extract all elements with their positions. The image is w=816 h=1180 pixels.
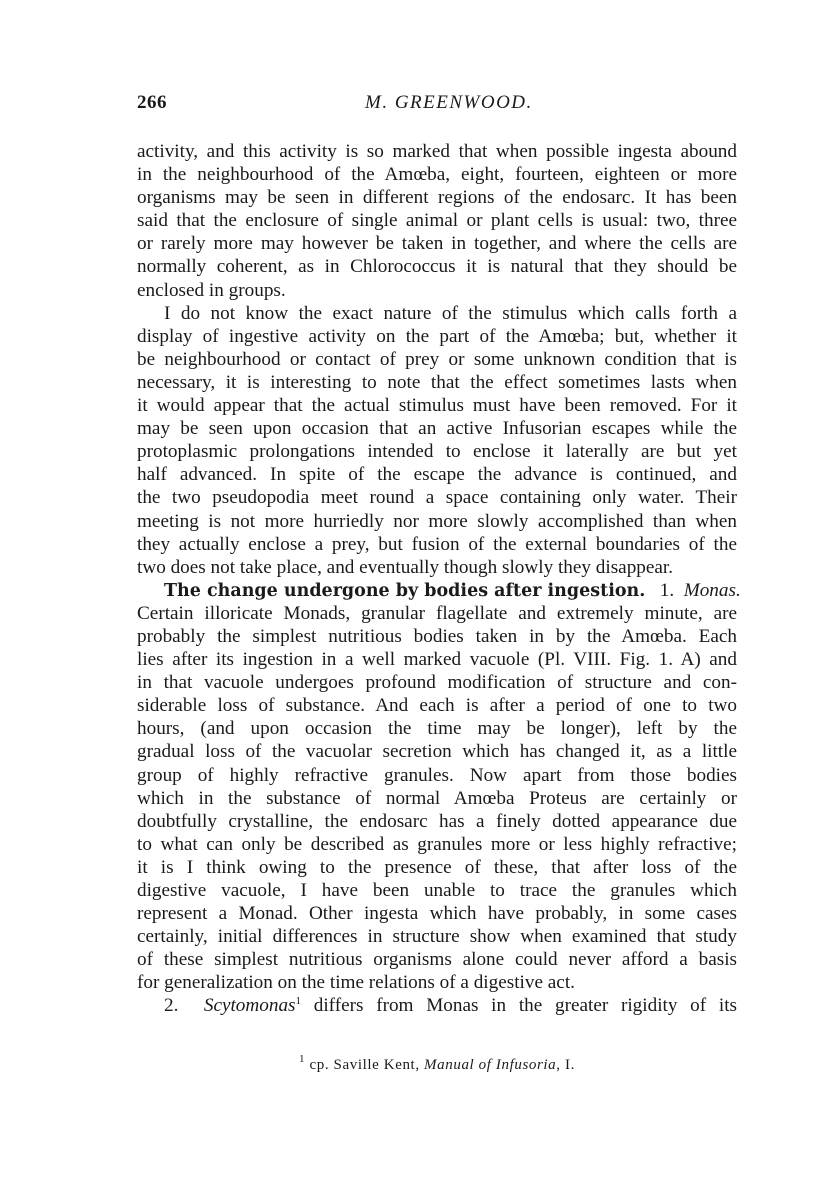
paragraph-1: activity, and this activity is so marked…: [137, 140, 737, 302]
section-heading: The change undergone by bodies after ing…: [164, 581, 645, 601]
text-line: activity, and this activity is so marked…: [137, 140, 737, 163]
text-line: said that the enclosure of single animal…: [137, 209, 737, 232]
paragraph-3: The change undergone by bodies after ing…: [137, 579, 737, 995]
text-line: normally coherent, as in Chlorococcus it…: [137, 255, 737, 278]
footnote: 1 cp. Saville Kent, Manual of Infusoria,…: [137, 1057, 737, 1074]
text-line: necessary, it is interesting to note tha…: [137, 371, 737, 394]
footnote-suffix: , I.: [556, 1057, 575, 1073]
text-line: organisms may be seen in different regio…: [137, 186, 737, 209]
text-line: gradual loss of the vacuolar secretion w…: [137, 740, 737, 763]
text-line: hours, (and upon occasion the time may b…: [137, 717, 737, 740]
text-line: represent a Monad. Other ingesta which h…: [137, 902, 737, 925]
text-line: for generalization on the time relations…: [137, 971, 737, 994]
text-line: of these simplest nutritious organisms a…: [137, 948, 737, 971]
text-line: which in the substance of normal Amœba P…: [137, 787, 737, 810]
text-line: probably the simplest nutritious bodies …: [137, 625, 737, 648]
text-line: certainly, initial differences in struct…: [137, 925, 737, 948]
paragraph-2: I do not know the exact nature of the st…: [137, 302, 737, 579]
text-line: meeting is not more hurriedly nor more s…: [137, 510, 737, 533]
text-line: siderable loss of substance. And each is…: [137, 694, 737, 717]
text-run: differs from Monas in the greater rigidi…: [314, 995, 737, 1016]
text-line: digestive vacuole, I have been unable to…: [137, 879, 737, 902]
text-line: the two pseudopodia meet round a space c…: [137, 486, 737, 509]
running-title: M. GREENWOOD.: [365, 92, 533, 114]
text-line: doubtfully crystalline, the endosarc has…: [137, 810, 737, 833]
taxon-name: Monas.: [684, 580, 741, 601]
text-line: two does not take place, and eventually …: [137, 556, 737, 579]
text-line: display of ingestive activity on the par…: [137, 325, 737, 348]
text-line: enclosed in groups.: [137, 279, 737, 302]
text-line: lies after its ingestion in a well marke…: [137, 648, 737, 671]
footnote-prefix: cp. Saville Kent,: [310, 1057, 420, 1073]
footnote-title: Manual of Infusoria: [424, 1057, 556, 1073]
text-line: or rarely more may however be taken in t…: [137, 232, 737, 255]
body-text: activity, and this activity is so marked…: [137, 140, 737, 1018]
text-line: they actually enclose a prey, but fusion…: [137, 533, 737, 556]
text-line: in the neighbourhood of the Amœba, eight…: [137, 163, 737, 186]
footnote-marker: 1: [299, 1053, 305, 1065]
footnote-reference[interactable]: 1: [296, 995, 302, 1007]
text-line: be neighbourhood or contact of prey or s…: [137, 348, 737, 371]
running-head: 266 M. GREENWOOD.: [137, 92, 737, 118]
text-line: group of highly refractive granules. Now…: [137, 764, 737, 787]
page-number: 266: [137, 92, 167, 114]
section-heading-line: The change undergone by bodies after ing…: [137, 579, 737, 602]
text-line: it would appear that the actual stimulus…: [137, 394, 737, 417]
item-number: 2.: [164, 995, 178, 1016]
paragraph-4: 2. Scytomonas1 differs from Monas in the…: [137, 994, 737, 1017]
text-line: 2. Scytomonas1 differs from Monas in the…: [137, 994, 737, 1017]
text-line: it is I think owing to the presence of t…: [137, 856, 737, 879]
text-line: in that vacuole undergoes profound modif…: [137, 671, 737, 694]
text-line: half advanced. In spite of the escape th…: [137, 463, 737, 486]
text-line: may be seen upon occasion that an active…: [137, 417, 737, 440]
text-line: I do not know the exact nature of the st…: [137, 302, 737, 325]
text-line: Certain illoricate Monads, granular flag…: [137, 602, 737, 625]
item-number: 1.: [660, 580, 674, 601]
text-line: protoplasmic prolongations intended to e…: [137, 440, 737, 463]
text-line: to what can only be described as granule…: [137, 833, 737, 856]
taxon-name: Scytomonas: [204, 995, 296, 1016]
